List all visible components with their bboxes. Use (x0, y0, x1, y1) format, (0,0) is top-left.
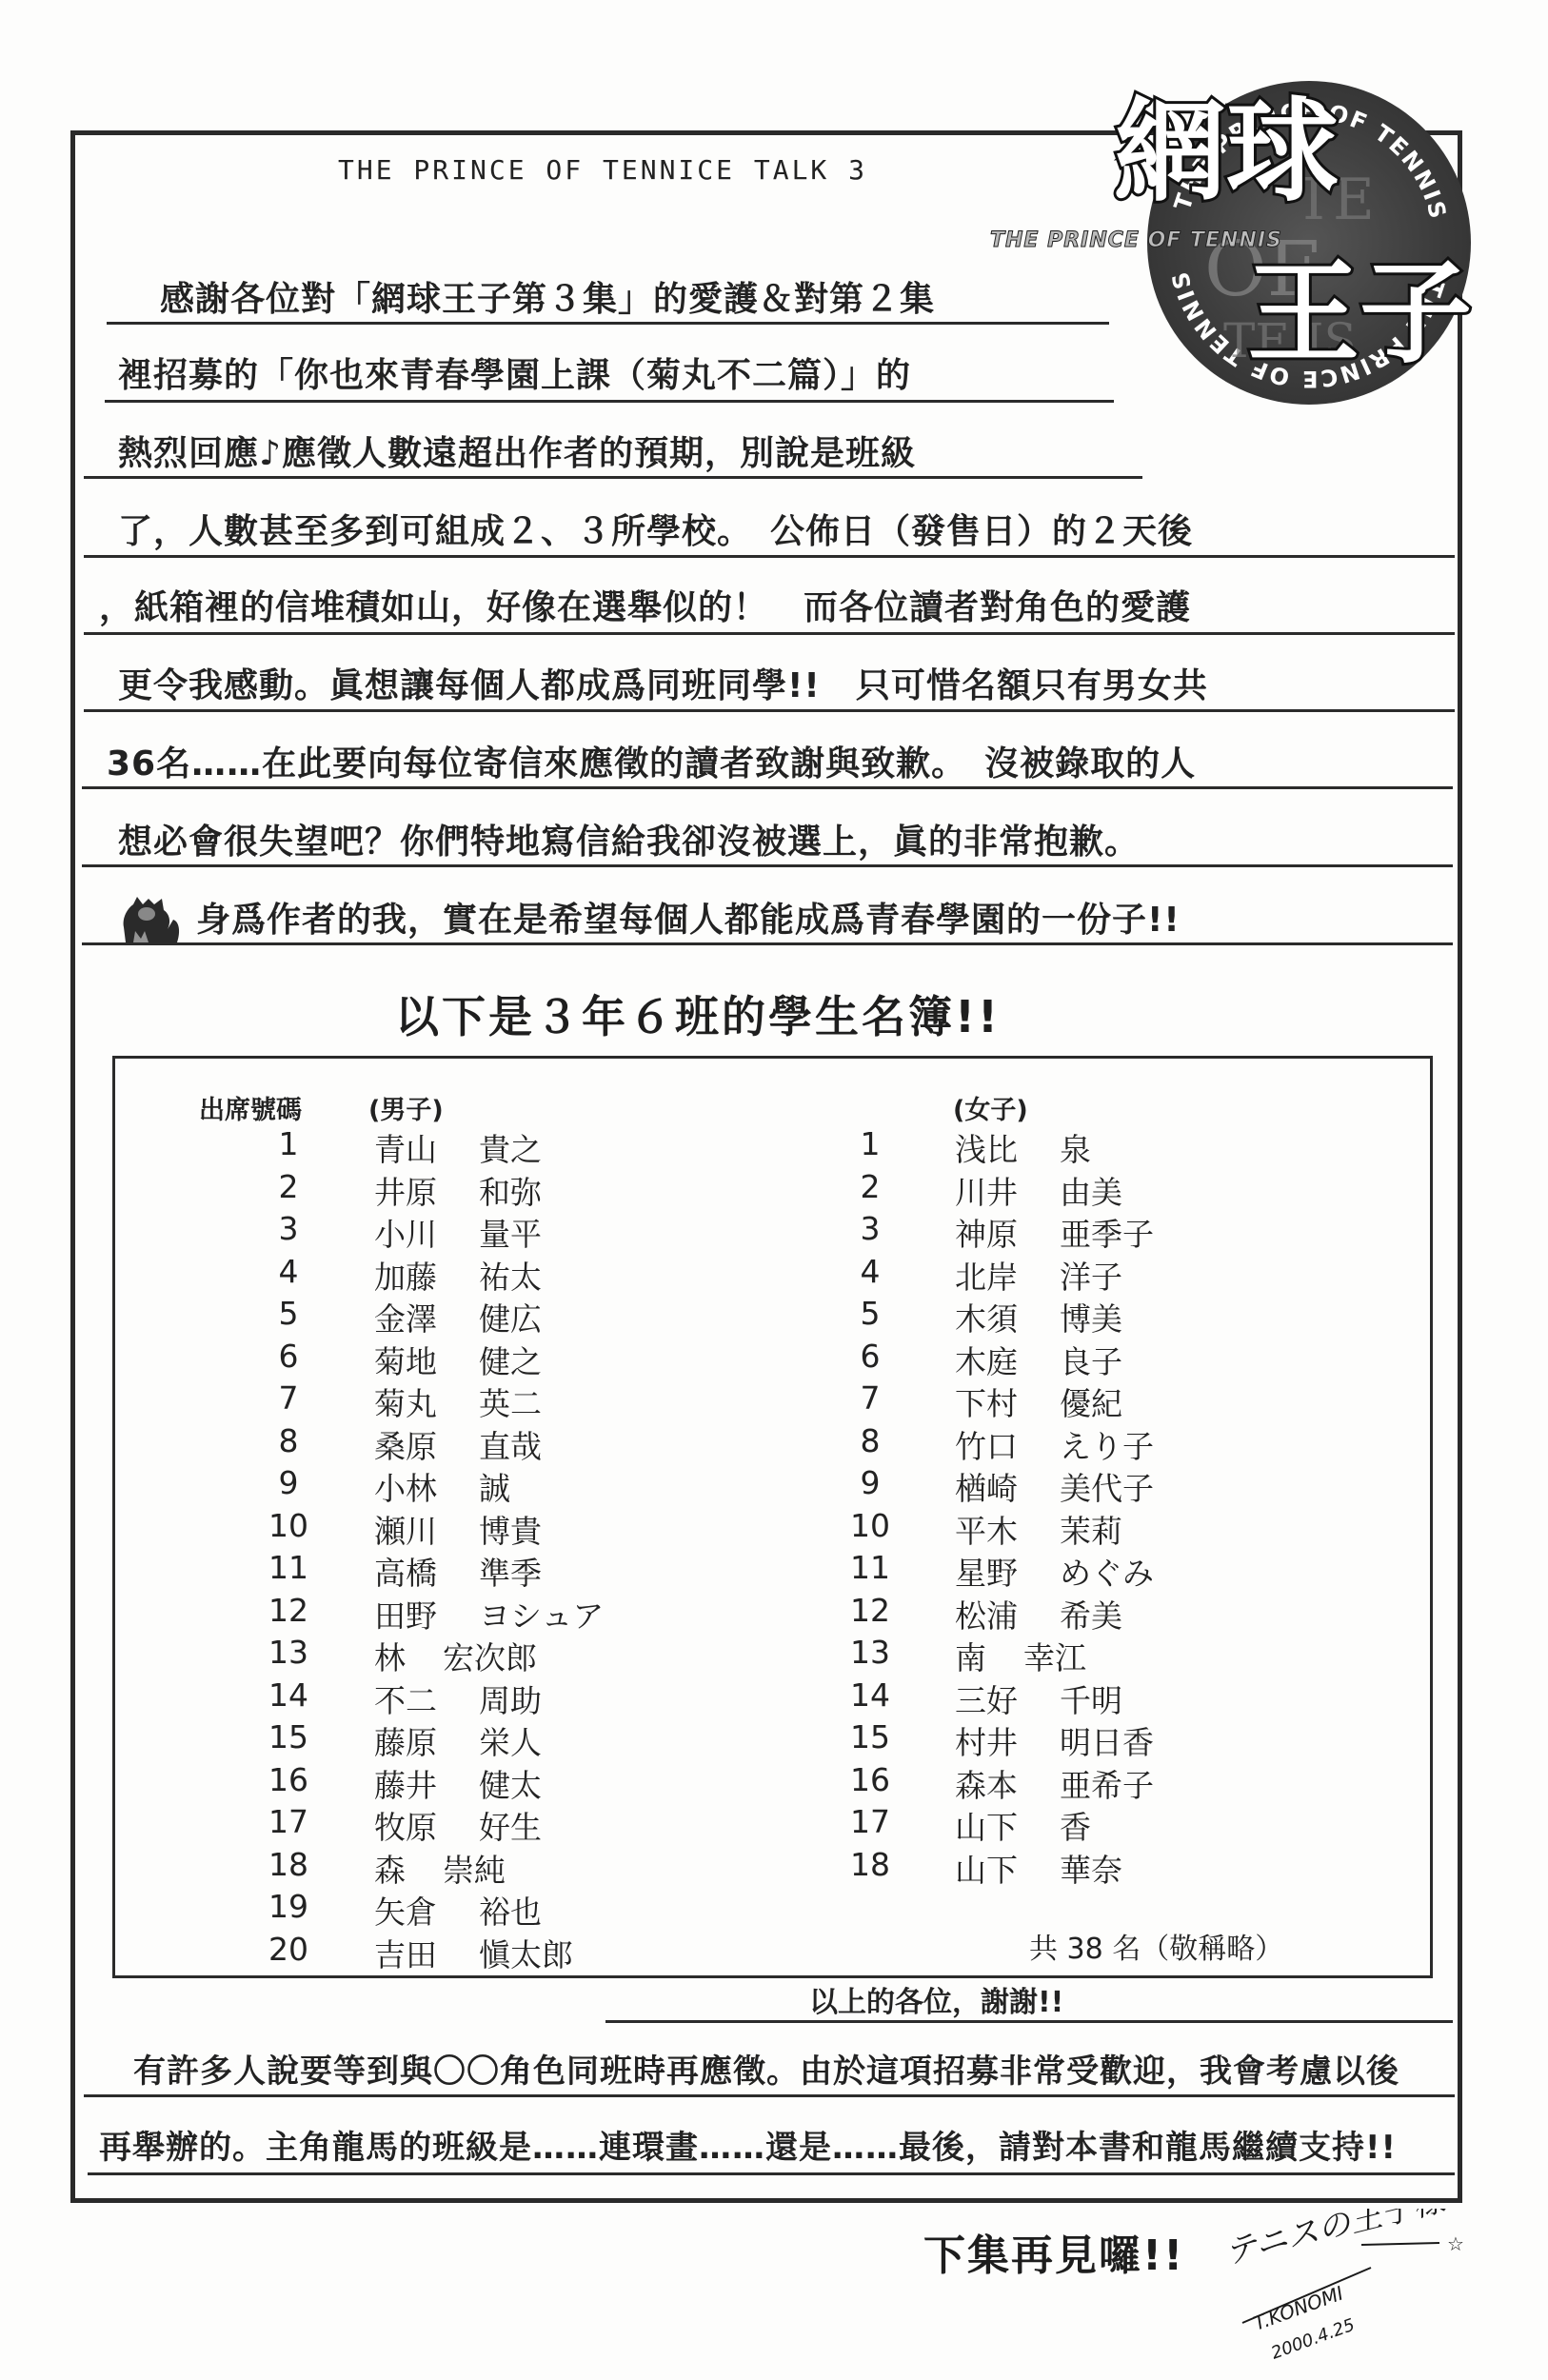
student-surname: 山下 (955, 1803, 1018, 1848)
student-given-name: 希美 (1060, 1592, 1122, 1636)
student-surname: 吉田 (374, 1931, 437, 1975)
rule (82, 942, 1453, 945)
student-surname: 小林 (374, 1464, 437, 1509)
student-given-name: 好生 (479, 1803, 542, 1848)
student-surname: 川井 (955, 1168, 1018, 1213)
attendance-number: 13 (260, 1634, 317, 1671)
attendance-number: 9 (842, 1464, 899, 1501)
attendance-number: 11 (842, 1549, 899, 1586)
student-surname: 木須 (955, 1295, 1018, 1339)
attendance-number: 20 (260, 1931, 317, 1968)
student-surname: 林 (374, 1634, 406, 1678)
student-surname: 森本 (955, 1761, 1018, 1806)
student-surname: 三好 (955, 1676, 1018, 1721)
student-given-name: 量平 (479, 1210, 542, 1255)
rule (84, 555, 1455, 558)
student-given-name: 準季 (479, 1549, 542, 1594)
rule (105, 400, 1114, 403)
intro-line-3: 熱烈回應♪應徵人數遠超出作者的預期，別說是班級 (118, 426, 916, 475)
attendance-number: 8 (842, 1422, 899, 1459)
student-given-name: 愼太郎 (479, 1931, 573, 1975)
logo-kanji-top: 網球 (1114, 95, 1339, 208)
rule (82, 864, 1453, 867)
student-given-name: 良子 (1060, 1338, 1122, 1382)
student-given-name: ヨシュア (479, 1592, 604, 1636)
attendance-number: 5 (260, 1295, 317, 1332)
student-given-name: 崇純 (443, 1846, 506, 1891)
svg-text:☆: ☆ (1447, 2232, 1464, 2255)
see-you-next-volume: 下集再見囉!! (923, 2221, 1184, 2282)
roster-title: 以下是３年６班的學生名簿!! (395, 982, 1001, 1045)
attendance-number: 3 (842, 1210, 899, 1247)
student-given-name: 華奈 (1060, 1846, 1122, 1891)
student-surname: 小川 (374, 1210, 437, 1255)
prince-of-tennis-logo: THE PRINCE OF TENNIS THE PRINCE OF TENNI… (1095, 76, 1476, 438)
attendance-number: 15 (842, 1718, 899, 1755)
attendance-number: 14 (842, 1676, 899, 1714)
talk-header: THE PRINCE OF TENNICE TALK 3 (338, 154, 867, 186)
student-surname: 松浦 (955, 1592, 1018, 1636)
student-surname: 田野 (374, 1592, 437, 1636)
student-given-name: 英二 (479, 1379, 542, 1424)
student-given-name: 貴之 (479, 1125, 542, 1170)
student-given-name: 博貴 (479, 1507, 542, 1552)
attendance-number: 2 (842, 1168, 899, 1205)
author-signature: テニスの王子様 ☆ T.KONOMI 2000.4.25 (1219, 2209, 1466, 2370)
intro-line-4: 了，人數甚至多到可組成２、３所學校。 公佈日（發售日）的２天後 (118, 505, 1193, 553)
boys-column-label: (男子) (368, 1089, 444, 1126)
student-given-name: 周助 (479, 1676, 542, 1721)
attendance-number: 14 (260, 1676, 317, 1714)
intro-line-7: 36名……在此要向每位寄信來應徵的讀者致謝與致歉。 沒被錄取的人 (107, 737, 1196, 785)
attendance-number: 1 (260, 1125, 317, 1162)
rule (84, 476, 1142, 479)
attendance-number: 18 (842, 1846, 899, 1883)
student-surname: 青山 (374, 1125, 437, 1170)
number-column-label: 出席號碼 (199, 1089, 302, 1126)
attendance-number: 12 (842, 1592, 899, 1629)
student-surname: 井原 (374, 1168, 437, 1213)
rule (84, 709, 1455, 712)
attendance-number: 12 (260, 1592, 317, 1629)
student-given-name: えり子 (1060, 1422, 1154, 1467)
student-surname: 浅比 (955, 1125, 1018, 1170)
attendance-number: 9 (260, 1464, 317, 1501)
student-surname: 北岸 (955, 1253, 1018, 1298)
attendance-number: 16 (842, 1761, 899, 1798)
student-surname: 神原 (955, 1210, 1018, 1255)
student-given-name: 明日香 (1060, 1718, 1154, 1763)
student-given-name: めぐみ (1060, 1549, 1154, 1594)
student-given-name: 香 (1060, 1803, 1091, 1848)
rule (88, 2172, 1455, 2175)
attendance-number: 4 (842, 1253, 899, 1290)
attendance-number: 5 (842, 1295, 899, 1332)
attendance-number: 17 (842, 1803, 899, 1840)
attendance-number: 17 (260, 1803, 317, 1840)
logo-kanji-bottom: 王子 (1247, 257, 1472, 369)
closing-line-2: 再舉辦的。主角龍馬的班級是……連環畫……還是……最後，請對本書和龍馬繼續支持!! (99, 2121, 1397, 2168)
svg-text:テニスの王子様: テニスの王子様 (1221, 2209, 1453, 2272)
student-surname: 菊丸 (374, 1379, 437, 1424)
student-given-name: 栄人 (479, 1718, 542, 1763)
student-given-name: 和弥 (479, 1168, 542, 1213)
attendance-number: 3 (260, 1210, 317, 1247)
attendance-number: 2 (260, 1168, 317, 1205)
student-given-name: 健広 (479, 1295, 542, 1339)
student-surname: 加藤 (374, 1253, 437, 1298)
thanks-line: 以上的各位，謝謝!! (809, 1978, 1063, 2020)
rule (107, 322, 1109, 325)
student-given-name: 直哉 (479, 1422, 542, 1467)
girls-column-label: (女子) (953, 1089, 1028, 1126)
roster-box: 出席號碼 (男子) (女子) 1青山貴之2井原和弥3小川量平4加藤祐太5金澤健広… (112, 1056, 1433, 1978)
attendance-number: 13 (842, 1634, 899, 1671)
student-surname: 竹口 (955, 1422, 1018, 1467)
student-given-name: 亜季子 (1060, 1210, 1154, 1255)
intro-line-2: 裡招募的「你也來青春學園上課（菊丸不二篇）」的 (118, 348, 911, 397)
attendance-number: 10 (260, 1507, 317, 1544)
student-surname: 瀬川 (374, 1507, 437, 1552)
student-surname: 山下 (955, 1846, 1018, 1891)
student-given-name: 博美 (1060, 1295, 1122, 1339)
rule (84, 2094, 1455, 2097)
student-surname: 菊地 (374, 1338, 437, 1382)
student-surname: 藤井 (374, 1761, 437, 1806)
student-surname: 南 (955, 1634, 986, 1678)
attendance-number: 4 (260, 1253, 317, 1290)
attendance-number: 19 (260, 1888, 317, 1925)
student-surname: 下村 (955, 1379, 1018, 1424)
student-given-name: 優紀 (1060, 1379, 1122, 1424)
student-given-name: 宏次郎 (443, 1634, 537, 1678)
intro-line-6: 更令我感動。眞想讓每個人都成爲同班同學!! 只可惜名額只有男女共 (118, 659, 1208, 707)
student-given-name: 泉 (1060, 1125, 1091, 1170)
student-surname: 木庭 (955, 1338, 1018, 1382)
student-surname: 楢崎 (955, 1464, 1018, 1509)
student-surname: 不二 (374, 1676, 437, 1721)
student-given-name: 裕也 (479, 1888, 542, 1933)
student-surname: 藤原 (374, 1718, 437, 1763)
intro-line-8: 想必會很失望吧？你們特地寫信給我卻沒被選上，眞的非常抱歉。 (118, 815, 1140, 863)
mascot-icon (118, 893, 185, 944)
attendance-number: 16 (260, 1761, 317, 1798)
student-surname: 森 (374, 1846, 406, 1891)
student-surname: 金澤 (374, 1295, 437, 1339)
attendance-number: 7 (260, 1379, 317, 1417)
intro-line-1: 感謝各位對「網球王子第３集」的愛護＆對第２集 (160, 272, 935, 321)
student-given-name: 祐太 (479, 1253, 542, 1298)
attendance-number: 6 (260, 1338, 317, 1375)
student-given-name: 健太 (479, 1761, 542, 1806)
intro-line-9: 身爲作者的我，實在是希望每個人都能成爲青春學園的一份子!! (196, 893, 1181, 942)
student-surname: 村井 (955, 1718, 1018, 1763)
attendance-number: 1 (842, 1125, 899, 1162)
intro-line-5: ，紙箱裡的信堆積如山，好像在選舉似的！ 而各位讀者對角色的愛護 (99, 581, 1191, 629)
attendance-number: 8 (260, 1422, 317, 1459)
student-given-name: 健之 (479, 1338, 542, 1382)
student-surname: 星野 (955, 1549, 1018, 1594)
student-surname: 桑原 (374, 1422, 437, 1467)
student-surname: 牧原 (374, 1803, 437, 1848)
student-surname: 矢倉 (374, 1888, 437, 1933)
student-given-name: 幸江 (1023, 1634, 1086, 1678)
student-given-name: 茉莉 (1060, 1507, 1122, 1552)
student-given-name: 亜希子 (1060, 1761, 1154, 1806)
student-given-name: 洋子 (1060, 1253, 1122, 1298)
attendance-number: 7 (842, 1379, 899, 1417)
attendance-number: 6 (842, 1338, 899, 1375)
student-surname: 平木 (955, 1507, 1018, 1552)
attendance-number: 10 (842, 1507, 899, 1544)
rule (605, 2020, 1453, 2023)
student-given-name: 美代子 (1060, 1464, 1154, 1509)
total-count: 共 38 名（敬稱略） (1029, 1925, 1283, 1967)
student-given-name: 誠 (479, 1464, 510, 1509)
rule (84, 632, 1455, 635)
attendance-number: 11 (260, 1549, 317, 1586)
attendance-number: 18 (260, 1846, 317, 1883)
closing-line-1: 有許多人說要等到與〇〇角色同班時再應徵。由於這項招募非常受歡迎，我會考慮以後 (133, 2045, 1399, 2092)
student-given-name: 由美 (1060, 1168, 1122, 1213)
attendance-number: 15 (260, 1718, 317, 1755)
rule (82, 786, 1453, 789)
student-given-name: 千明 (1060, 1676, 1122, 1721)
student-surname: 高橋 (374, 1549, 437, 1594)
